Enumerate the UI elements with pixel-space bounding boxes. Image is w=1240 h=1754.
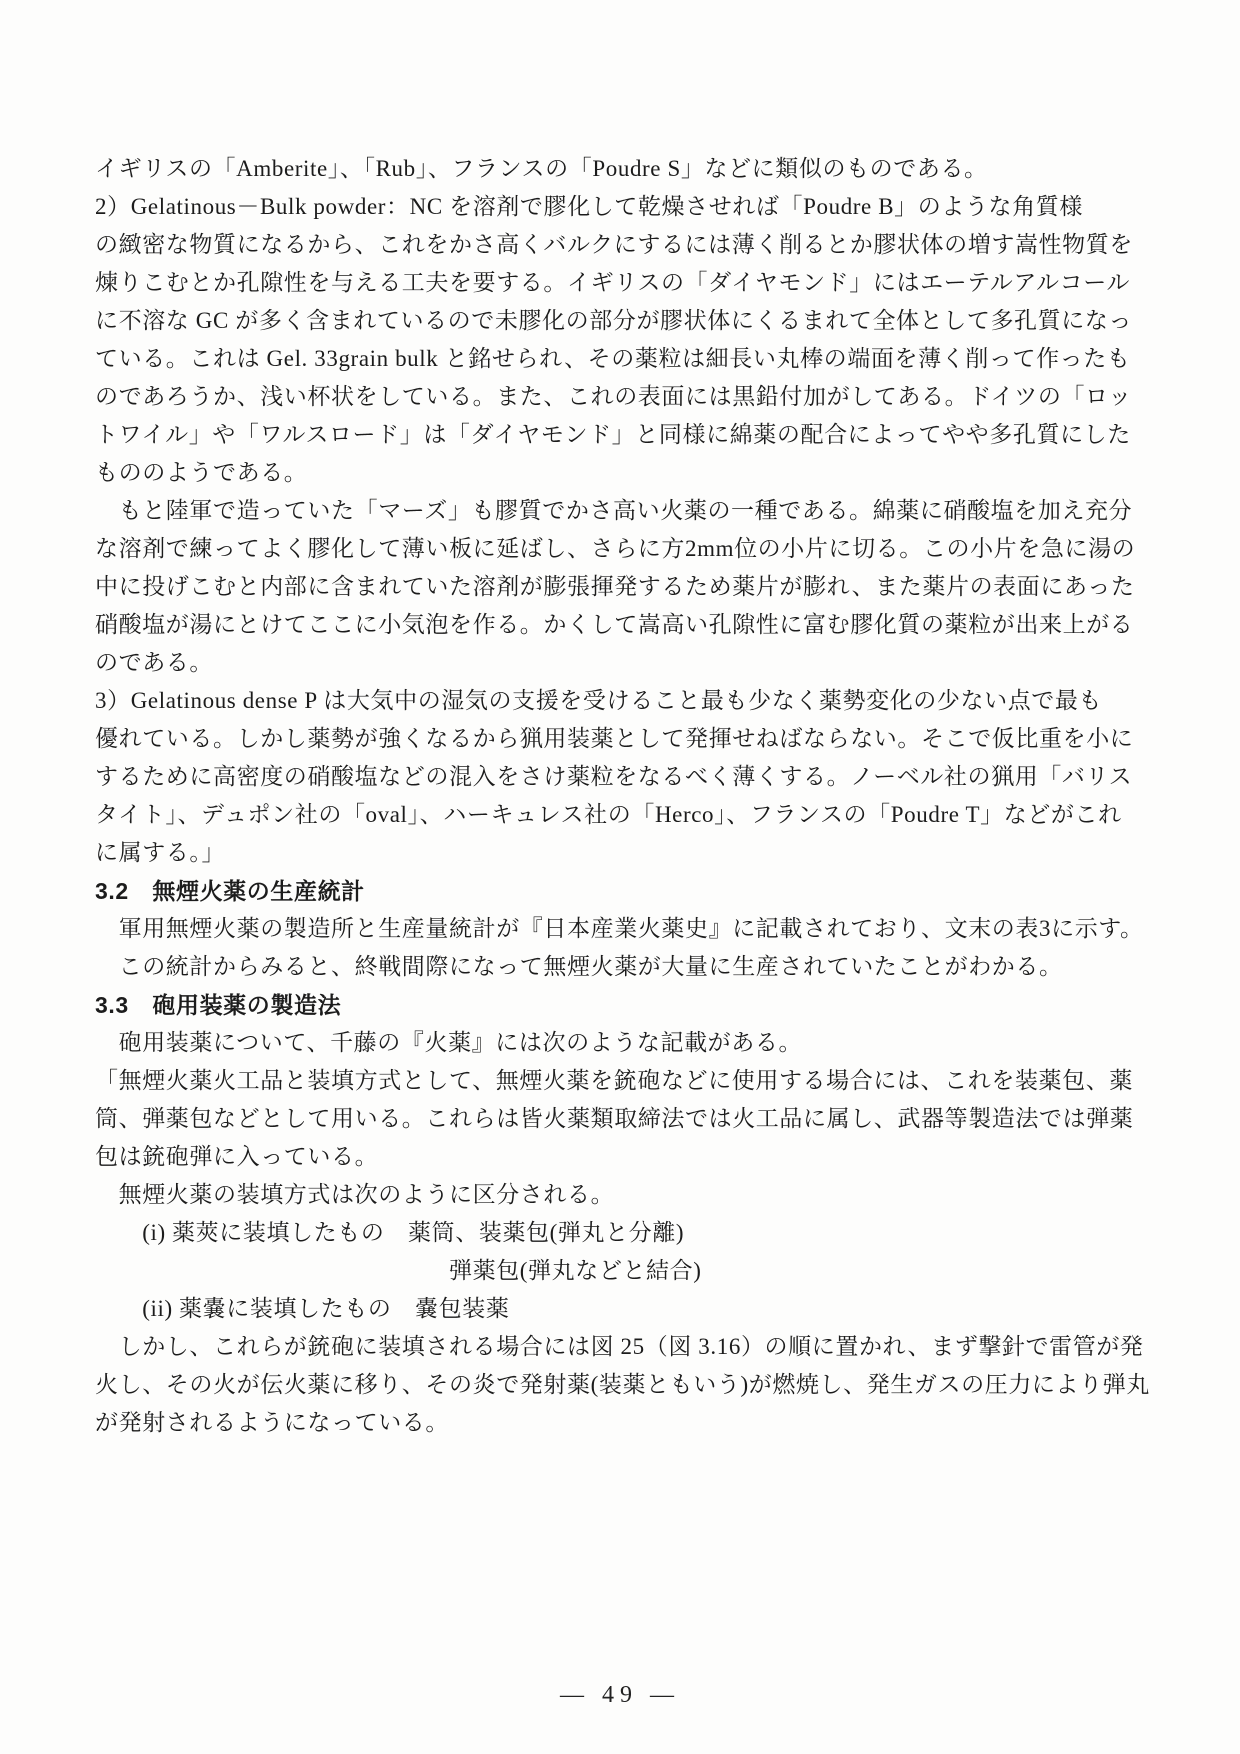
text-line: もののようである。 [95,454,1157,492]
text-line: の緻密な物質になるから、これをかさ高くバルクにするには薄く削るとか膠状体の増す嵩… [95,226,1157,264]
document-page: イギリスの「Amberite」、「Rub」、フランスの「Poudre S」などに… [0,0,1240,1754]
text-line: 中に投げこむと内部に含まれていた溶剤が膨張揮発するため薬片が膨れ、また薬片の表面… [95,568,1157,606]
text-line: のである。 [95,644,1157,682]
text-line: もと陸軍で造っていた「マーズ」も膠質でかさ高い火薬の一種である。綿薬に硝酸塩を加… [95,492,1157,530]
text-line: 火し、その火が伝火薬に移り、その炎で発射薬(装薬ともいう)が燃焼し、発生ガスの圧… [95,1366,1157,1404]
list-item-ii: (ii) 薬嚢に装填したもの 嚢包装薬 [95,1290,1157,1328]
text-line: 3）Gelatinous dense P は大気中の湿気の支援を受けること最も少… [95,682,1157,720]
page-number: ― 49 ― [0,1682,1240,1709]
text-line: 煉りこむとか孔隙性を与える工夫を要する。イギリスの「ダイヤモンド」にはエーテルア… [95,264,1157,302]
section-heading-3-3: 3.3 砲用装薬の製造法 [95,986,1157,1024]
text-line: に不溶な GC が多く含まれているので未膠化の部分が膠状体にくるまれて全体として… [95,302,1157,340]
text-line: この統計からみると、終戦間際になって無煙火薬が大量に生産されていたことがわかる。 [95,948,1157,986]
text-line: 優れている。しかし薬勢が強くなるから猟用装薬として発揮せねばならない。そこで仮比… [95,720,1157,758]
text-line: トワイル」や「ワルスロード」は「ダイヤモンド」と同様に綿薬の配合によってやや多孔… [95,416,1157,454]
text-line: タイト」、デュポン社の「oval」、ハーキュレス社の「Herco」、フランスの「… [95,796,1157,834]
text-line: ている。これは Gel. 33grain bulk と銘せられ、その薬粒は細長い… [95,340,1157,378]
text-line: のであろうか、浅い杯状をしている。また、これの表面には黒鉛付加がしてある。ドイツ… [95,378,1157,416]
text-line: 筒、弾薬包などとして用いる。これらは皆火薬類取締法では火工品に属し、武器等製造法… [95,1100,1157,1138]
text-line: 「無煙火薬火工品と装填方式として、無煙火薬を銃砲などに使用する場合には、これを装… [95,1062,1157,1100]
text-line: 硝酸塩が湯にとけてここに小気泡を作る。かくして嵩高い孔隙性に富む膠化質の薬粒が出… [95,606,1157,644]
text-block: イギリスの「Amberite」、「Rub」、フランスの「Poudre S」などに… [95,150,1157,1442]
text-line: 無煙火薬の装填方式は次のように区分される。 [95,1176,1157,1214]
text-line: 包は銃砲弾に入っている。 [95,1138,1157,1176]
list-item-i-continued: 弾薬包(弾丸などと結合) [95,1252,1157,1290]
text-line: 砲用装薬について、千藤の『火薬』には次のような記載がある。 [95,1024,1157,1062]
text-line: が発射されるようになっている。 [95,1404,1157,1442]
section-heading-3-2: 3.2 無煙火薬の生産統計 [95,872,1157,910]
text-line: 2）Gelatinous－Bulk powder：NC を溶剤で膠化して乾燥させ… [95,188,1157,226]
text-line: するために高密度の硝酸塩などの混入をさけ薬粒をなるべく薄くする。ノーベル社の猟用… [95,758,1157,796]
text-line: に属する。」 [95,834,1157,872]
list-item-i: (i) 薬莢に装填したもの 薬筒、装薬包(弾丸と分離) [95,1214,1157,1252]
text-line: な溶剤で練ってよく膠化して薄い板に延ばし、さらに方2mm位の小片に切る。この小片… [95,530,1157,568]
text-line: イギリスの「Amberite」、「Rub」、フランスの「Poudre S」などに… [95,150,1157,188]
text-line: 軍用無煙火薬の製造所と生産量統計が『日本産業火薬史』に記載されており、文末の表3… [95,910,1157,948]
text-line: しかし、これらが銃砲に装填される場合には図 25（図 3.16）の順に置かれ、ま… [95,1328,1157,1366]
